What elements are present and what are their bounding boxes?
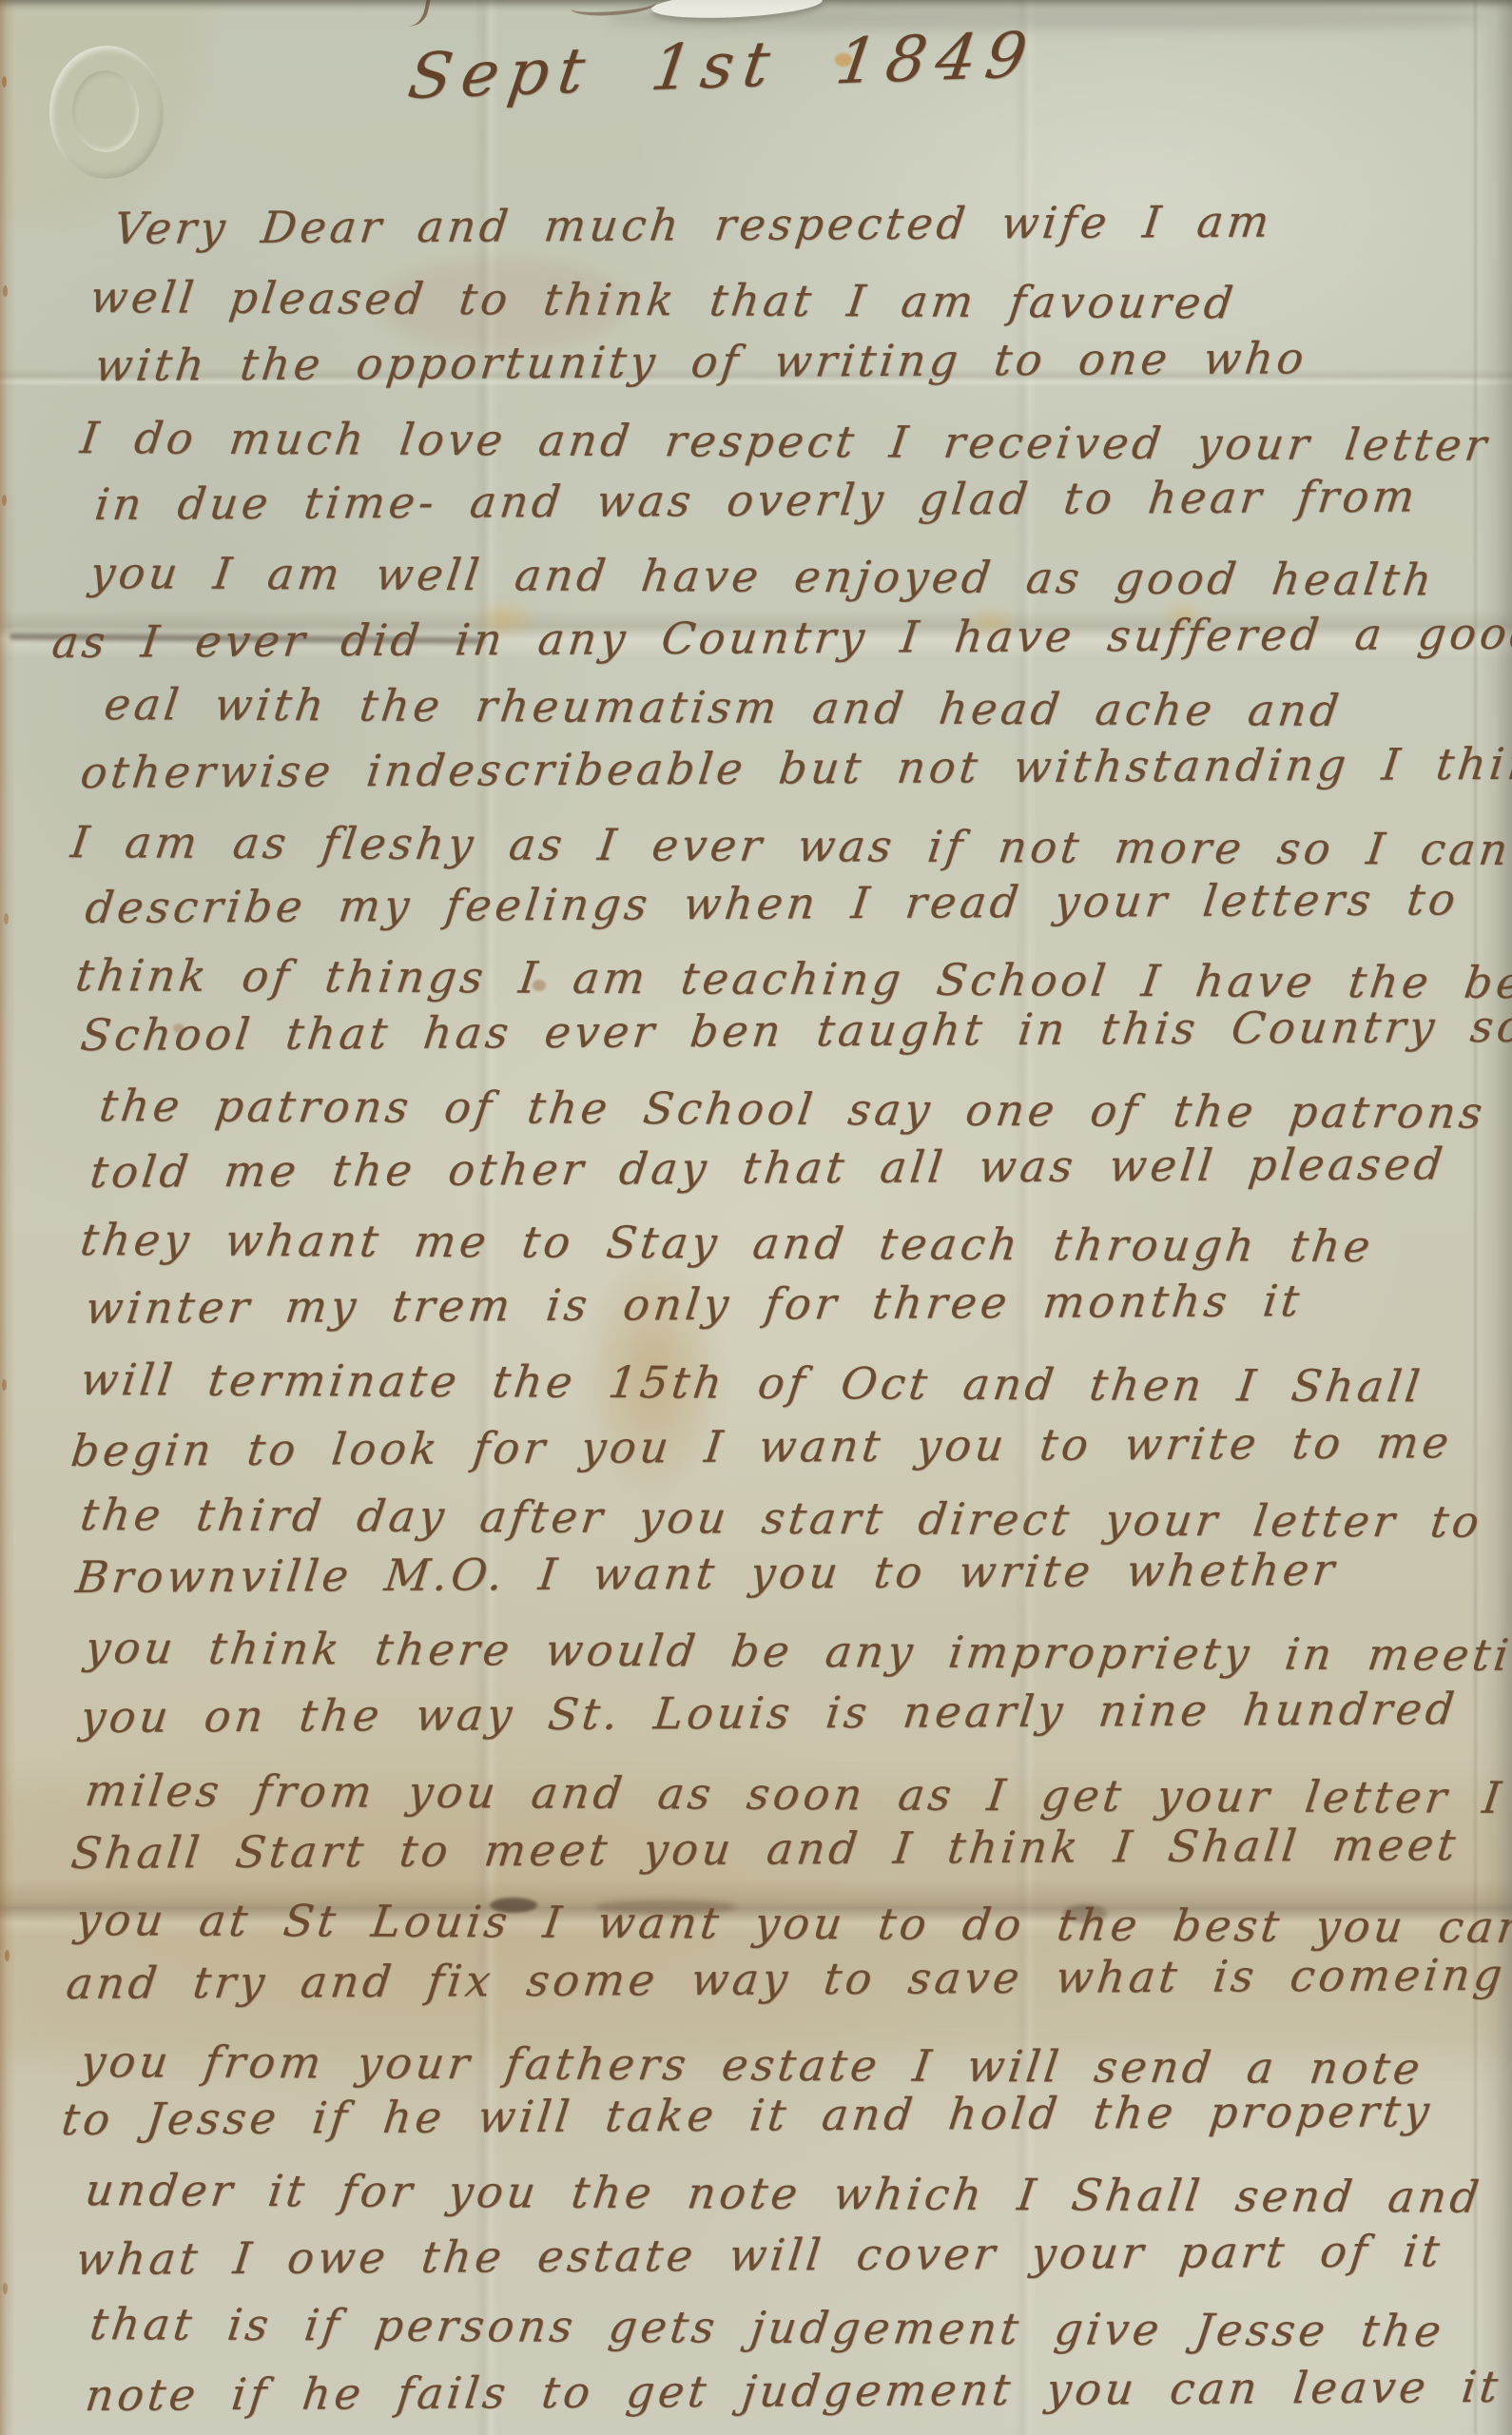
letter-line: I do much love and respect I received yo… (77, 412, 1493, 472)
embossed-seal-inner (72, 70, 139, 152)
letter-line: miles from you and as soon as I get your… (82, 1764, 1507, 1824)
letter-line: well pleased to think that I am favoured (87, 271, 1239, 329)
corner-stain (0, 0, 200, 219)
letter-page: Sept 1st 1849 Very Dear and much respect… (0, 0, 1512, 2435)
top-smudge (609, 6, 1483, 30)
letter-line: in due time- and was overly glad to hear… (92, 471, 1422, 532)
letter-line: you think there would be any impropriety… (82, 1622, 1512, 1682)
letter-line: they whant me to Stay and teach through … (77, 1214, 1376, 1273)
letter-line: you I am well and have enjoyed as good h… (87, 547, 1438, 607)
date-line: Sept 1st 1849 (404, 18, 1041, 113)
letter-line: think of things I am teaching School I h… (72, 949, 1512, 1009)
letter-line: otherwise indescribeable but not withsta… (78, 737, 1512, 799)
letter-line: as I ever did in any Country I have suff… (49, 607, 1512, 669)
letter-line: under it for you the note which I Shall … (82, 2164, 1484, 2224)
letter-line: that is if persons gets judgement give J… (87, 2298, 1447, 2358)
letter-line: Brownville M.O. I want you to write whet… (73, 1544, 1341, 1604)
cut-off-pen-stroke (570, 0, 656, 18)
letter-line: eal with the rheumatism and head ache an… (101, 678, 1345, 737)
letter-line: winter my trem is only for three months … (83, 1275, 1306, 1334)
letter-line: told me the other day that all was well … (87, 1138, 1449, 1198)
edge-specks (2, 76, 7, 88)
page-left-edge (0, 0, 15, 2435)
letter-line: note if he fails to get judgement you ca… (83, 2361, 1504, 2422)
letter-line: I am as fleshy as I ever was if not more… (68, 816, 1512, 876)
letter-line: the third day after you start direct you… (77, 1489, 1485, 1549)
letter-line: and try and fix some way to save what is… (64, 1948, 1512, 2010)
letter-line: Shall Start to meet you and I think I Sh… (68, 1819, 1462, 1880)
letter-line: with the opportunity of writing to one w… (92, 332, 1310, 392)
letter-line: the patrons of the School say one of the… (96, 1080, 1488, 1140)
letter-line: will terminate the 15th of Oct and then … (77, 1354, 1425, 1413)
page-right-edge (1480, 0, 1512, 2435)
letter-line: what I owe the estate will cover your pa… (73, 2225, 1446, 2286)
letter-line: School that has ever ben taught in this … (78, 1001, 1512, 1062)
letter-line: to Jesse if he will take it and hold the… (59, 2085, 1436, 2146)
letter-line: you at St Louis I want you to do the bes… (72, 1894, 1512, 1954)
page-top-edge (0, 0, 1512, 11)
paper-curl (650, 0, 823, 22)
embossed-seal-watermark (49, 46, 164, 179)
right-fold-line (1474, 0, 1477, 2435)
letter-line: Very Dear and much respected wife I am (111, 196, 1275, 256)
letter-line: begin to look for you I want you to writ… (68, 1416, 1455, 1477)
letter-line: describe my feelings when I read your le… (83, 873, 1462, 934)
letter-line: you on the way St. Louis is nearly nine … (78, 1683, 1461, 1743)
cut-off-pen-stroke (397, 0, 431, 29)
